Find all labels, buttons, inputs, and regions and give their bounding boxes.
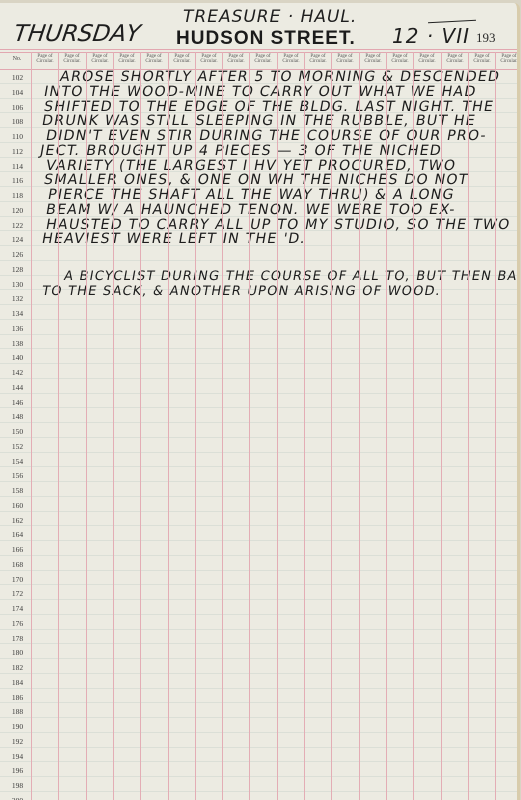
ledger-row: 146 bbox=[0, 394, 517, 409]
ledger-row: 140 bbox=[0, 349, 517, 364]
row-number: 104 bbox=[5, 88, 30, 97]
row-number: 148 bbox=[5, 412, 30, 421]
row-number: 174 bbox=[5, 604, 30, 613]
row-number: 102 bbox=[5, 73, 30, 82]
column-rule bbox=[359, 52, 360, 800]
entry-line: A BICYCLIST DURING THE COURSE OF ALL TO,… bbox=[63, 269, 520, 284]
row-number: 158 bbox=[5, 486, 30, 495]
column-rule bbox=[113, 52, 114, 800]
ledger-row: 178 bbox=[0, 630, 517, 645]
column-header-page-of-circular: Page of Circular. bbox=[496, 54, 520, 64]
row-number: 194 bbox=[5, 752, 30, 761]
row-number: 188 bbox=[5, 707, 30, 716]
row-number: 124 bbox=[5, 235, 30, 244]
ledger-row: 164 bbox=[0, 526, 517, 541]
column-rule bbox=[386, 52, 387, 800]
row-number: 186 bbox=[5, 693, 30, 702]
row-number: 120 bbox=[5, 206, 30, 215]
row-number: 108 bbox=[5, 117, 30, 126]
ledger-row: 194 bbox=[0, 748, 517, 763]
row-number: 182 bbox=[5, 663, 30, 672]
column-header-no: No. bbox=[4, 57, 30, 62]
ledger-row: 172 bbox=[0, 585, 517, 600]
column-rule bbox=[222, 52, 223, 800]
column-rule bbox=[441, 52, 442, 800]
entry-line: SMALLER ONES, & ONE ON WH THE NICHES DO … bbox=[43, 172, 470, 188]
entry-line: TO THE SACK, & ANOTHER UPON ARISING OF W… bbox=[41, 284, 443, 299]
column-rule bbox=[249, 52, 250, 800]
row-number: 134 bbox=[5, 309, 30, 318]
column-rule bbox=[413, 52, 414, 800]
ledger-row: 142 bbox=[0, 364, 517, 379]
row-number: 164 bbox=[5, 530, 30, 539]
column-rule bbox=[495, 52, 496, 800]
column-header-page-of-circular: Page of Circular. bbox=[332, 54, 358, 64]
entry-line: AROSE SHORTLY AFTER 5 TO MORNING & DESCE… bbox=[59, 69, 502, 85]
row-number: 128 bbox=[5, 265, 30, 274]
column-header-page-of-circular: Page of Circular. bbox=[360, 54, 386, 64]
row-number: 136 bbox=[5, 324, 30, 333]
ledger-row: 152 bbox=[0, 438, 517, 453]
entry-line: JECT. BROUGHT UP 4 PIECES — 3 OF THE NIC… bbox=[39, 143, 444, 159]
row-number: 200 bbox=[5, 796, 30, 800]
column-header-page-of-circular: Page of Circular. bbox=[442, 54, 468, 64]
column-header-page-of-circular: Page of Circular. bbox=[59, 54, 85, 64]
ledger-row: 162 bbox=[0, 512, 517, 527]
entry-line: BEAM W/ A HAUNCHED TENON. WE WERE TOO EX… bbox=[45, 202, 458, 218]
row-number: 172 bbox=[5, 589, 30, 598]
row-number: 196 bbox=[5, 766, 30, 775]
column-header-page-of-circular: Page of Circular. bbox=[278, 54, 304, 64]
ledger-row: 174 bbox=[0, 600, 517, 615]
ledger-page: THURSDAY TREASURE · HAUL. HUDSON STREET.… bbox=[0, 3, 520, 800]
ledger-row: 170 bbox=[0, 571, 517, 586]
ledger-row: 160 bbox=[0, 497, 517, 512]
ledger-row: 144 bbox=[0, 379, 517, 394]
column-header-page-of-circular: Page of Circular. bbox=[141, 54, 167, 64]
ledger-row: 136 bbox=[0, 320, 517, 335]
ledger-row: 134 bbox=[0, 305, 517, 320]
ledger-row: 156 bbox=[0, 467, 517, 482]
column-header-page-of-circular: Page of Circular. bbox=[250, 54, 276, 64]
row-number: 176 bbox=[5, 619, 30, 628]
ledger-row: 198 bbox=[0, 777, 517, 792]
ledger-row: 138 bbox=[0, 335, 517, 350]
ledger-row: 186 bbox=[0, 689, 517, 704]
row-number: 170 bbox=[5, 575, 30, 584]
row-number: 150 bbox=[5, 427, 30, 436]
column-header-page-of-circular: Page of Circular. bbox=[305, 54, 331, 64]
row-number: 132 bbox=[5, 294, 30, 303]
row-number: 130 bbox=[5, 280, 30, 289]
ledger-row: 154 bbox=[0, 453, 517, 468]
entry-line: HEAVIEST WERE LEFT IN THE 'D. bbox=[41, 231, 308, 247]
ledger-row: 150 bbox=[0, 423, 517, 438]
row-number: 126 bbox=[5, 250, 30, 259]
ledger-row: 158 bbox=[0, 482, 517, 497]
row-number: 166 bbox=[5, 545, 30, 554]
ledger-row: 192 bbox=[0, 733, 517, 748]
column-rule bbox=[468, 52, 469, 800]
row-number: 116 bbox=[5, 176, 30, 185]
ledger-row: 184 bbox=[0, 674, 517, 689]
row-number: 190 bbox=[5, 722, 30, 731]
column-rule bbox=[195, 52, 196, 800]
row-number: 114 bbox=[5, 162, 30, 171]
ledger-row: 196 bbox=[0, 762, 517, 777]
row-number: 184 bbox=[5, 678, 30, 687]
row-number: 140 bbox=[5, 353, 30, 362]
column-rule bbox=[331, 52, 332, 800]
row-number: 192 bbox=[5, 737, 30, 746]
row-number: 198 bbox=[5, 781, 30, 790]
column-header-page-of-circular: Page of Circular. bbox=[414, 54, 440, 64]
entry-subtitle: TREASURE · HAUL. bbox=[183, 7, 357, 27]
column-rule bbox=[31, 52, 32, 800]
ledger-row: 180 bbox=[0, 644, 517, 659]
row-number: 138 bbox=[5, 339, 30, 348]
row-number: 180 bbox=[5, 648, 30, 657]
row-number: 178 bbox=[5, 634, 30, 643]
row-number: 118 bbox=[5, 191, 30, 200]
row-number: 154 bbox=[5, 457, 30, 466]
ledger-row: 168 bbox=[0, 556, 517, 571]
row-number: 156 bbox=[5, 471, 30, 480]
header-rule-top bbox=[0, 49, 517, 50]
ledger-row: 190 bbox=[0, 718, 517, 733]
column-header-page-of-circular: Page of Circular. bbox=[387, 54, 413, 64]
column-rule bbox=[168, 52, 169, 800]
column-rule bbox=[86, 52, 87, 800]
row-number: 160 bbox=[5, 501, 30, 510]
column-header-page-of-circular: Page of Circular. bbox=[469, 54, 495, 64]
column-header-page-of-circular: Page of Circular. bbox=[223, 54, 249, 64]
column-header-page-of-circular: Page of Circular. bbox=[87, 54, 113, 64]
entry-line: DIDN'T EVEN STIR DURING THE COURSE OF OU… bbox=[45, 128, 489, 144]
row-number: 152 bbox=[5, 442, 30, 451]
ledger-row: 176 bbox=[0, 615, 517, 630]
entry-line: PIERCE THE SHAFT ALL THE WAY THRU) & A L… bbox=[47, 187, 456, 203]
row-number: 168 bbox=[5, 560, 30, 569]
page-number: 193 bbox=[476, 30, 496, 46]
ledger-row: 188 bbox=[0, 703, 517, 718]
entry-date: 12 · VII bbox=[392, 24, 470, 48]
column-header-page-of-circular: Page of Circular. bbox=[32, 54, 58, 64]
column-rule bbox=[140, 52, 141, 800]
row-number: 162 bbox=[5, 516, 30, 525]
row-number: 144 bbox=[5, 383, 30, 392]
row-number: 112 bbox=[5, 147, 30, 156]
column-rule bbox=[304, 52, 305, 800]
column-header-page-of-circular: Page of Circular. bbox=[169, 54, 195, 64]
date-overline bbox=[428, 20, 476, 24]
column-header-page-of-circular: Page of Circular. bbox=[114, 54, 140, 64]
ledger-row: 166 bbox=[0, 541, 517, 556]
row-number: 146 bbox=[5, 398, 30, 407]
row-number: 142 bbox=[5, 368, 30, 377]
row-number: 106 bbox=[5, 103, 30, 112]
ledger-row: 126 bbox=[0, 246, 517, 261]
entry-line: DRUNK WAS STILL SLEEPING IN THE RUBBLE, … bbox=[41, 113, 478, 129]
column-rule bbox=[58, 52, 59, 800]
ledger-row: 182 bbox=[0, 659, 517, 674]
day-label: THURSDAY bbox=[12, 21, 142, 47]
page-title: HUDSON STREET. bbox=[176, 28, 356, 50]
row-number: 122 bbox=[5, 221, 30, 230]
header-rule-top-2 bbox=[0, 52, 517, 53]
column-rule bbox=[277, 52, 278, 800]
ledger-row: 200 bbox=[0, 792, 517, 800]
row-number: 110 bbox=[5, 132, 30, 141]
column-header-page-of-circular: Page of Circular. bbox=[196, 54, 222, 64]
ledger-row: 148 bbox=[0, 408, 517, 423]
